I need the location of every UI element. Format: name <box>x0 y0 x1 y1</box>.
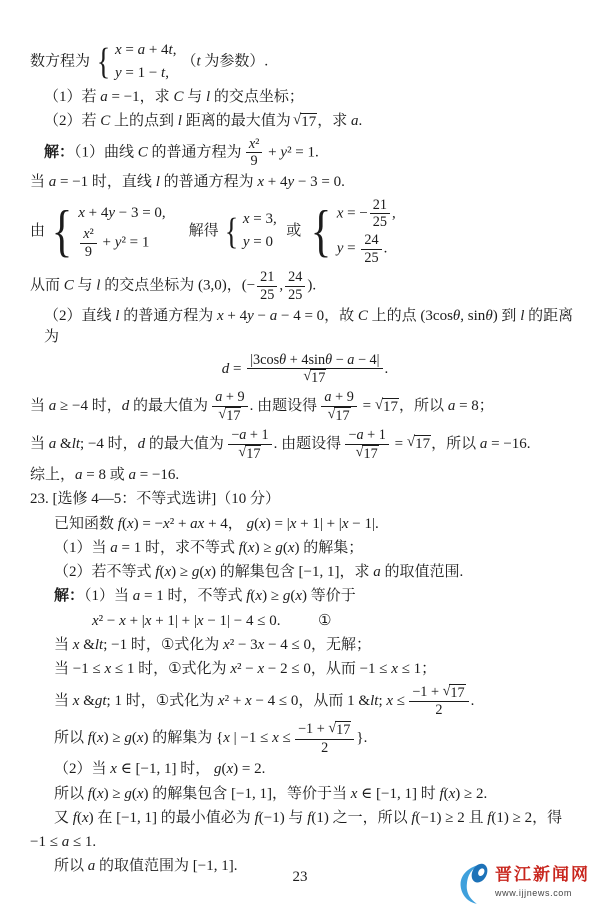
document-line: 解：（1）曲线 C 的普通方程为x²9 + y² = 1. <box>30 134 580 171</box>
document-line: 数方程为{x = a + 4t,y = 1 − t,（t 为参数）. <box>30 38 580 86</box>
document-line: 已知函数 f(x) = −x² + ax + 4， g(x) = |x + 1|… <box>30 512 580 536</box>
document-line: （1）若 a = −1，求 C 与 l 的交点坐标； <box>30 86 580 110</box>
document-line: 当 x &lt; −1 时，①式化为 x² − 3x − 4 ≤ 0，无解； <box>30 634 580 658</box>
document-line: （1）当 a = 1 时，求不等式 f(x) ≥ g(x) 的解集； <box>30 536 580 560</box>
logo-site-name: 晋江新闻网 <box>495 866 590 885</box>
document-line: 由{x + 4y − 3 = 0,x²9 + y² = 1解得{x = 3,y … <box>30 195 580 268</box>
ijjnews-logo-text: 晋江新闻网 www.ijjnews.com <box>495 866 590 899</box>
document-line: 从而 C 与 l 的交点坐标为 (3,0)，(−2125,2425). <box>30 268 580 305</box>
document-body: 数方程为{x = a + 4t,y = 1 − t,（t 为参数）.（1）若 a… <box>30 38 580 879</box>
document-line: 当 −1 ≤ x ≤ 1 时，①式化为 x² − x − 2 ≤ 0，从而 −1… <box>30 658 580 682</box>
document-line: 所以 f(x) ≥ g(x) 的解集为 {x | −1 ≤ x ≤−1 + √1… <box>30 720 580 758</box>
document-line: 综上，a = 8 或 a = −16. <box>30 463 580 487</box>
document-line: 又 f(x) 在 [−1, 1] 的最小值必为 f(−1) 与 f(1) 之一，… <box>30 806 580 830</box>
document-line: 23. [选修 4—5：不等式选讲]（10 分） <box>30 488 580 512</box>
document-line: （2）若不等式 f(x) ≥ g(x) 的解集包含 [−1, 1]，求 a 的取… <box>30 561 580 585</box>
document-line: d = |3cosθ + 4sinθ − a − 4|√17. <box>30 350 580 388</box>
document-line: 当 a &lt; −4 时，d 的最大值为−a + 1√17. 由题设得−a +… <box>30 426 580 464</box>
document-line: 当 a ≥ −4 时，d 的最大值为a + 9√17. 由题设得a + 9√17… <box>30 388 580 426</box>
ijjnews-swoosh-icon <box>457 860 493 906</box>
document-line: （2）直线 l 的普通方程为 x + 4y − a − 4 = 0，故 C 上的… <box>30 304 580 350</box>
page: 数方程为{x = a + 4t,y = 1 − t,（t 为参数）.（1）若 a… <box>0 0 600 912</box>
document-line: 当 a = −1 时，直线 l 的普通方程为 x + 4y − 3 = 0. <box>30 171 580 195</box>
document-line: −1 ≤ a ≤ 1. <box>30 831 580 855</box>
document-line: 解：（1）当 a = 1 时，不等式 f(x) ≥ g(x) 等价于 <box>30 585 580 609</box>
logo-site-url: www.ijjnews.com <box>495 887 572 900</box>
document-line: 当 x &gt; 1 时，①式化为 x² + x − 4 ≤ 0，从而 1 &l… <box>30 682 580 720</box>
document-line: （2）当 x ∈ [−1, 1] 时， g(x) = 2. <box>30 758 580 782</box>
document-line: x² − x + |x + 1| + |x − 1| − 4 ≤ 0.① <box>30 609 580 633</box>
document-line: （2）若 C 上的点到 l 距离的最大值为√17，求 a. <box>30 110 580 134</box>
ijjnews-logo: 晋江新闻网 www.ijjnews.com <box>457 860 590 906</box>
document-line: 所以 f(x) ≥ g(x) 的解集包含 [−1, 1]，等价于当 x ∈ [−… <box>30 782 580 806</box>
